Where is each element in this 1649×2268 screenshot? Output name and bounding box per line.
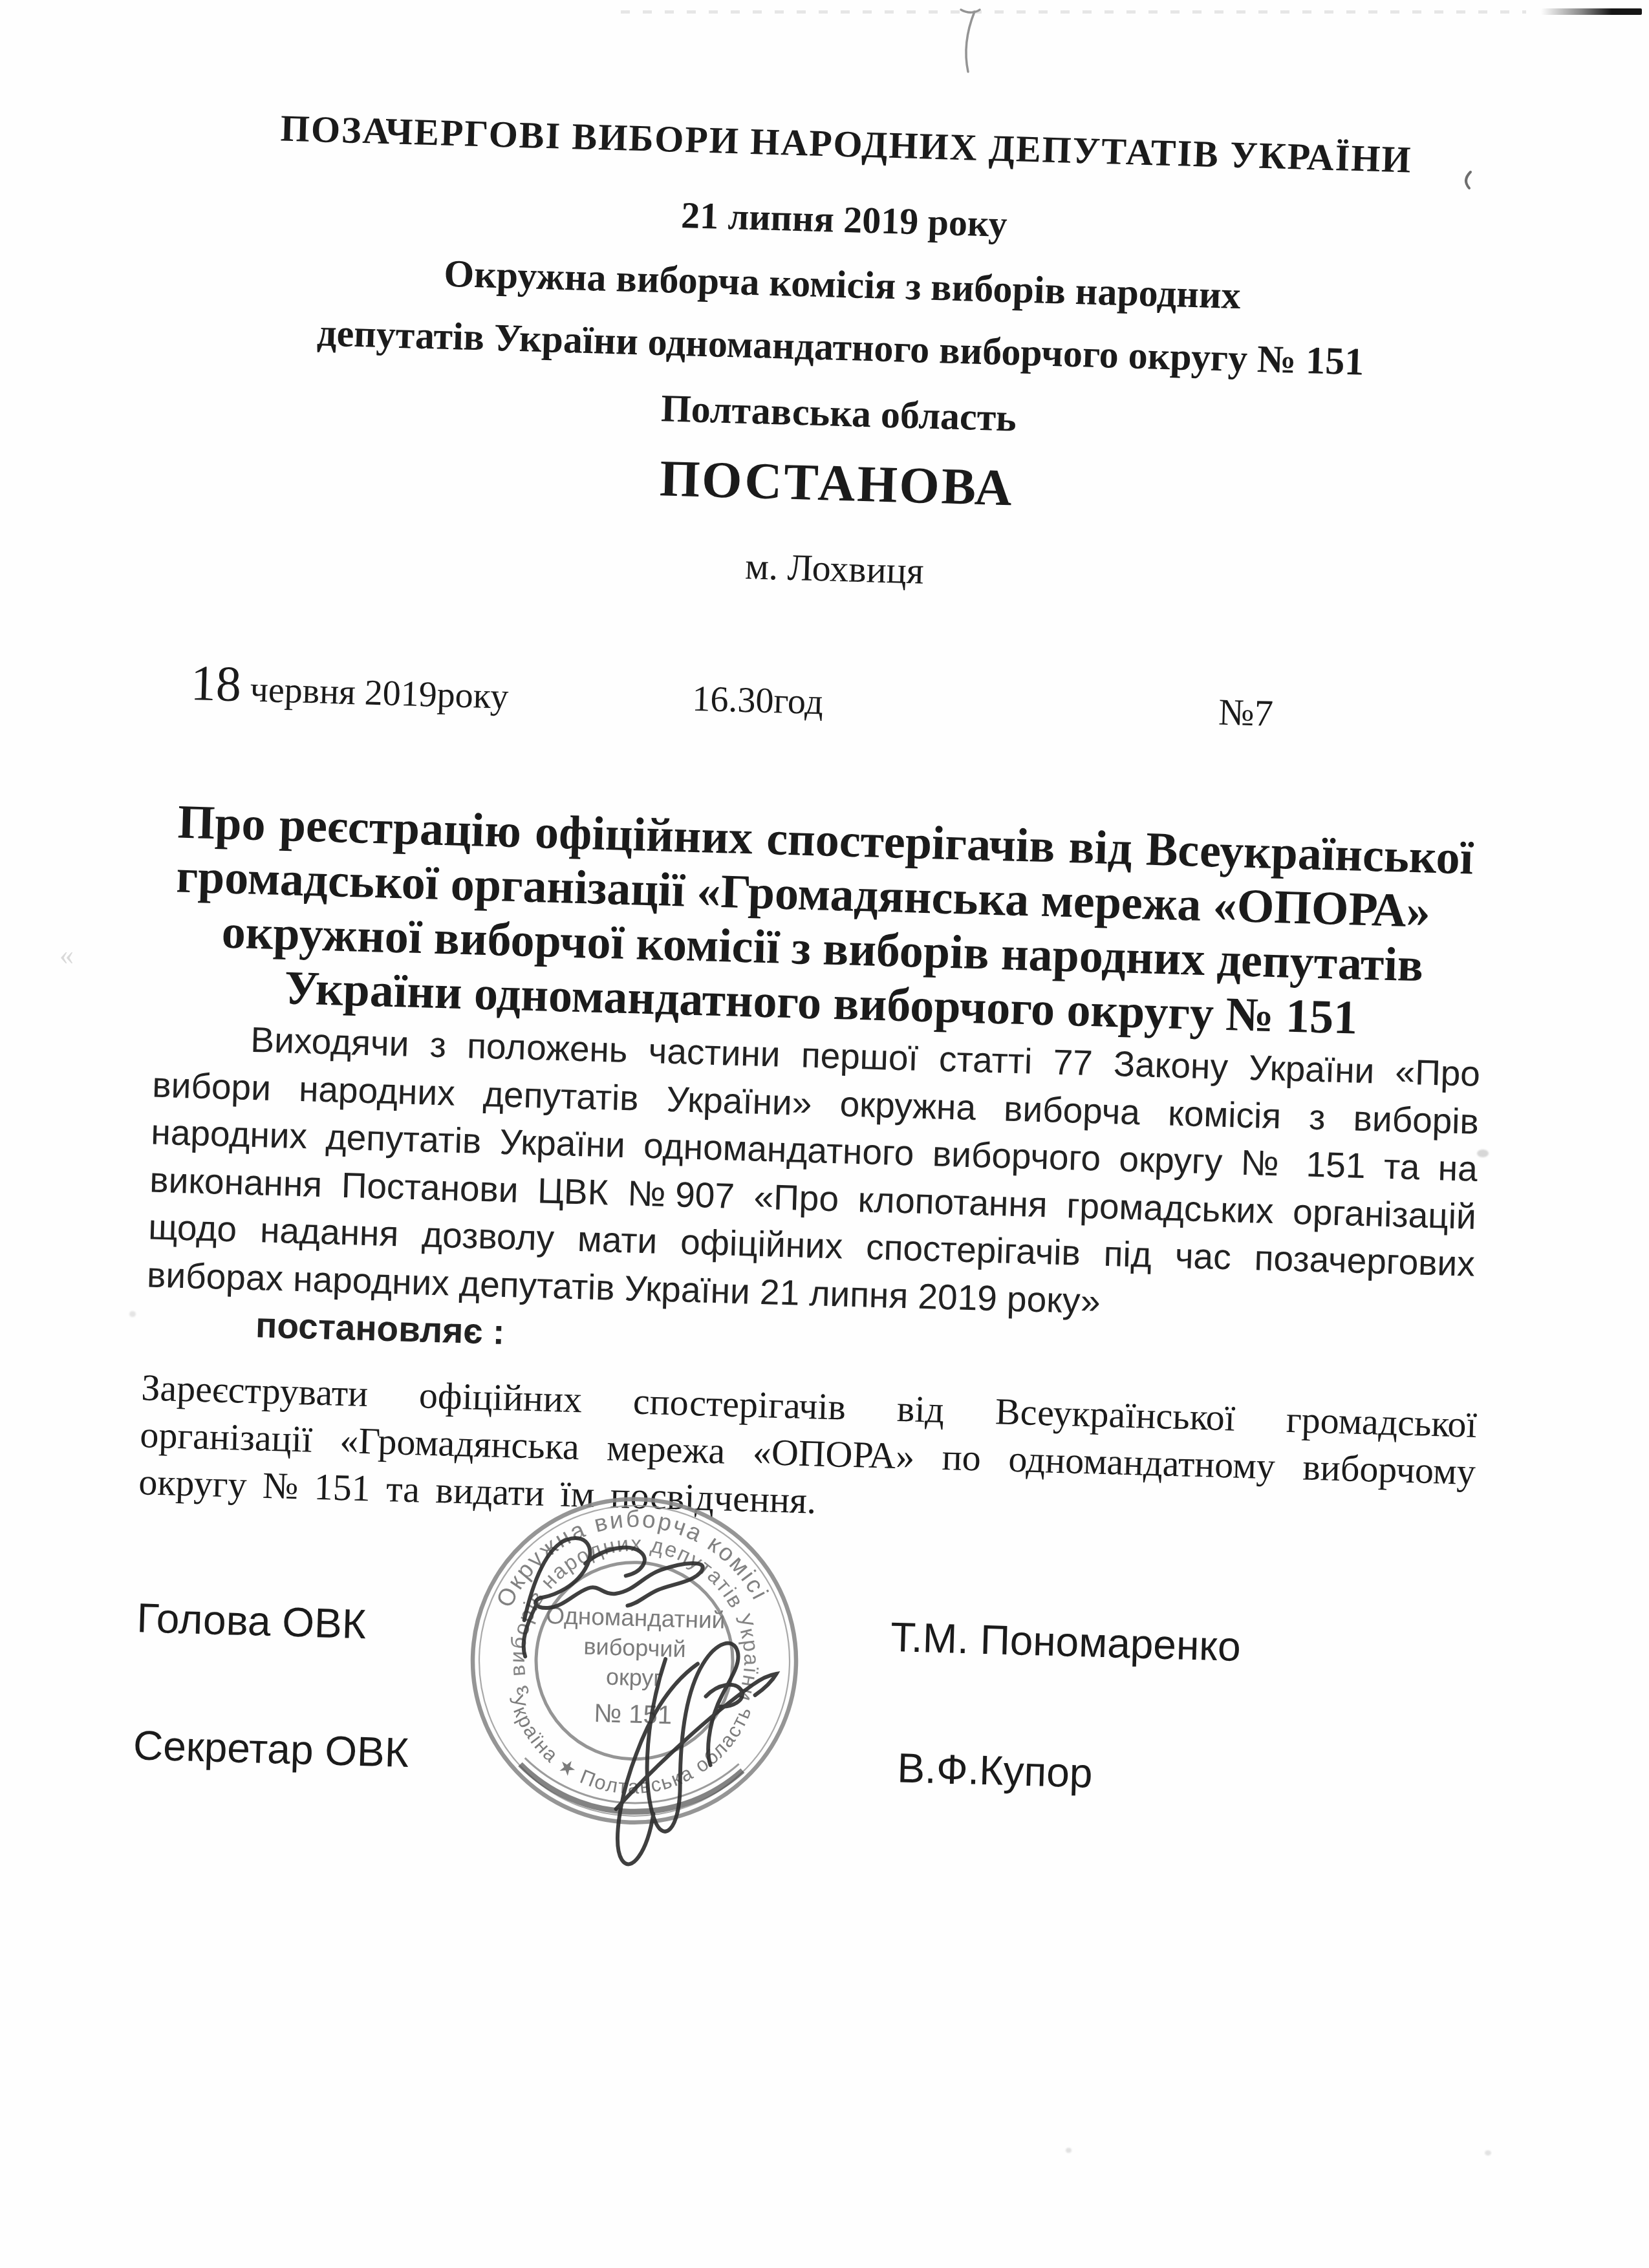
document-content: ПОЗАЧЕРГОВІ ВИБОРИ НАРОДНИХ ДЕПУТАТІВ УК… (116, 103, 1519, 2248)
document-number: №7 (1218, 690, 1273, 734)
scan-artifact-hair-mark (956, 8, 984, 78)
chair-label: Голова ОВК (136, 1594, 367, 1648)
body-paragraph: Виходячи з положень частини першої статт… (145, 1014, 1481, 1384)
document-time: 16.30год (692, 678, 824, 723)
subject-heading: Про реєстрацію офіційних спостерігачів в… (173, 795, 1474, 1049)
seal-center-line1: Одномандатний (546, 1602, 726, 1634)
city-name: м. Лохвиця (162, 528, 1507, 609)
seal-center-text: Одномандатний виборчий округ № 151 (543, 1602, 726, 1731)
scan-artifact-faint-quote: « (59, 939, 74, 972)
document-type-title: ПОСТАНОВА (164, 436, 1510, 532)
chair-name: Т.М. Пономаренко (890, 1613, 1241, 1671)
seal-center-line2: виборчий (583, 1633, 686, 1662)
scan-artifact-speck (1485, 2150, 1491, 2156)
secretary-label: Секретар ОВК (133, 1721, 409, 1777)
election-date: 21 липня 2019 року (171, 179, 1517, 260)
secretary-name: В.Ф.Купор (897, 1744, 1094, 1797)
document-date-month-year: червня 2019року (241, 669, 509, 717)
scan-artifact-speck (129, 1311, 136, 1317)
scan-artifact-top-streak (621, 10, 1526, 14)
document-date-day: 18 (190, 654, 242, 712)
seal-center-line3: округ (605, 1664, 662, 1691)
scanned-document-page: « ПОЗАЧЕРГОВІ ВИБОРИ НАРОДНИХ ДЕПУТАТІВ … (0, 0, 1649, 2268)
election-title: ПОЗАЧЕРГОВІ ВИБОРИ НАРОДНИХ ДЕПУТАТІВ УК… (173, 103, 1519, 184)
document-date: 18 червня 2019року (190, 654, 510, 721)
official-seal: Окружна виборча комісія з виборів народн… (421, 1442, 847, 1893)
scan-artifact-top-right-bar (1541, 8, 1642, 15)
